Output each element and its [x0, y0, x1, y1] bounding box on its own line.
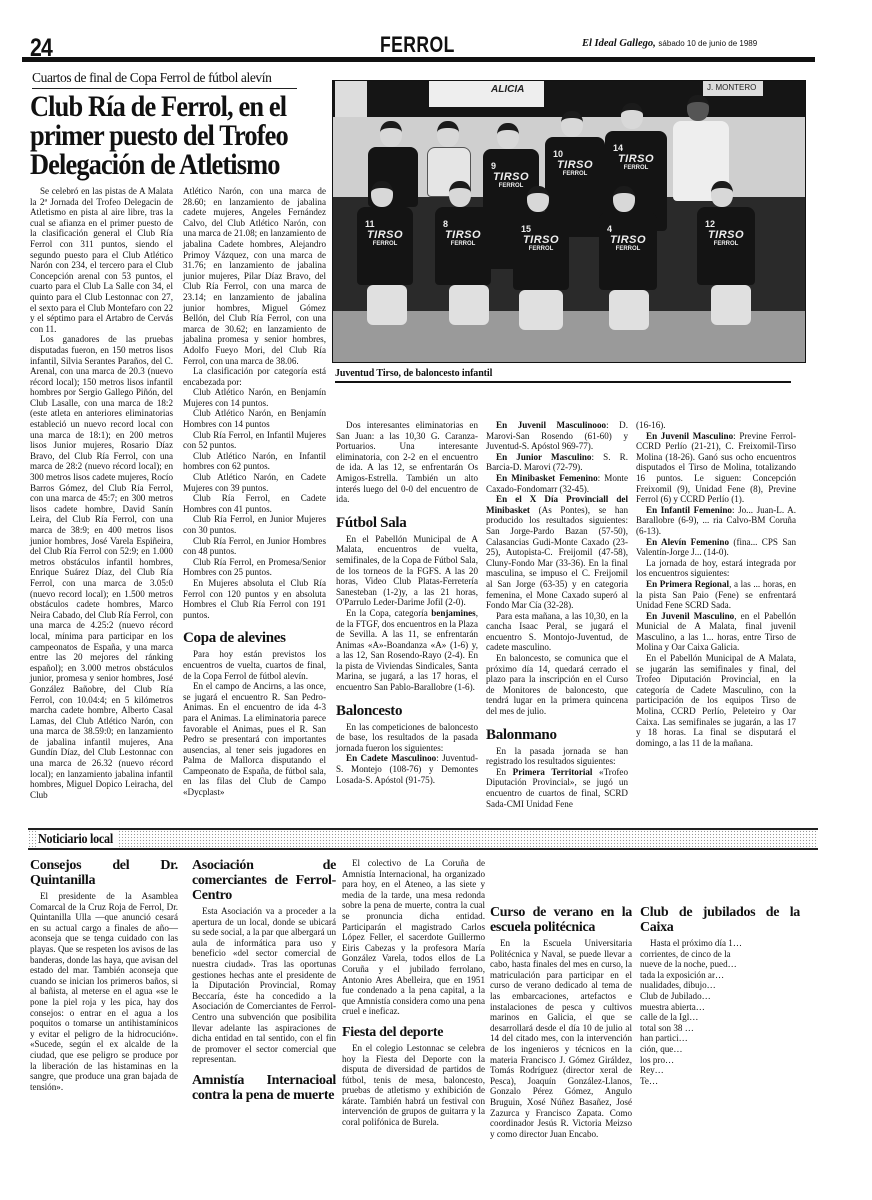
photo-sign-montero: J. MONTERO [703, 81, 763, 96]
sports-column-5: (16-16). En Juvenil Masculino: Previne F… [636, 420, 796, 748]
paper-name: El Ideal Gallego, [582, 38, 656, 49]
article-paragraph: Dos interesantes eliminatorias en San Ju… [336, 420, 478, 505]
article-paragraph: En Primera Territorial «Trofeo Diputació… [486, 767, 628, 809]
article-paragraph: En baloncesto, se comunica que el próxim… [486, 653, 628, 717]
news-line: tada la exposición ar… [640, 970, 800, 981]
news-heading-curso: Curso de verano en la escuela politécnic… [490, 905, 632, 935]
news-body: El colectivo de La Coruña de Amnistía In… [342, 858, 485, 1017]
ranking-item: En Mujeres absoluta el Club Ría Ferrol c… [183, 578, 326, 620]
ranking-item: Club Ría Ferrol, en Junior Mujeres con 3… [183, 514, 326, 535]
article-paragraph: La clasificación por categoría está enca… [183, 366, 326, 387]
news-line: ción, que… [640, 1044, 800, 1055]
news-line: nueve de la noche, pued… [640, 959, 800, 970]
article-paragraph: Los ganadores de las pruebas disputadas … [30, 334, 173, 800]
ranking-item: Club Atlético Narón, en Benjamín Mujeres… [183, 387, 326, 408]
article-paragraph: (16-16). [636, 420, 796, 431]
news-line: los pro… [640, 1055, 800, 1066]
news-body: El presidente de la Asamblea Comarcal de… [30, 891, 178, 1092]
section-title: FERROL [380, 32, 455, 58]
caption-rule [335, 381, 791, 383]
ranking-item: Club Atlético Narón, en Infantil hombres… [183, 451, 326, 472]
article-paragraph: En Infantil Femenino: Jo... Juan-L. A. B… [636, 505, 796, 537]
article-paragraph: En el campo de Ancirns, a las once, se j… [183, 681, 326, 798]
article-paragraph: Se celebró en las pistas de A Malata la … [30, 186, 173, 334]
article-paragraph: En el X Día Provinciall del Minibasket (… [486, 494, 628, 611]
news-column-1: Consejos del Dr. Quintanilla El presiden… [30, 858, 178, 1092]
ranking-item: Club Ría Ferrol, en Infantil Mujeres con… [183, 430, 326, 451]
ranking-item: Club Ría Ferrol, en Cadete Hombres con 4… [183, 493, 326, 514]
article-paragraph: Atlético Narón, con una marca de 28.60; … [183, 186, 326, 366]
news-line: corrientes, de cinco de la [640, 949, 800, 960]
news-heading-asociacion: Asociación de comerciantes de Ferrol-Cen… [192, 858, 336, 903]
news-column-5: Club de jubilados de la Caixa Hasta el p… [640, 905, 800, 1086]
subheading-copa-alevines: Copa de alevines [183, 630, 326, 646]
article-headline: Club Ría de Ferrol, en el primer puesto … [30, 92, 329, 179]
subheading-futbol-sala: Fútbol Sala [336, 515, 478, 531]
news-body: En la Escuela Universitaria Politécnica … [490, 938, 632, 1139]
news-line: total son 38 … [640, 1023, 800, 1034]
article-paragraph: La jornada de hoy, estará integrada por … [636, 558, 796, 579]
news-column-4: Curso de verano en la escuela politécnic… [490, 905, 632, 1139]
news-line: han partici… [640, 1033, 800, 1044]
sports-column-4: En Juvenil Masculinooo: D. Marovi-San Ro… [486, 420, 628, 809]
news-line: Te… [640, 1076, 800, 1087]
section-band-label: Noticiario local [38, 831, 118, 847]
section-band-rule-bottom [28, 848, 818, 850]
article-paragraph: En el Pabellón Municipal de A Malata, se… [636, 653, 796, 748]
article-kicker: Cuartos de final de Copa Ferrol de fútbo… [32, 70, 302, 86]
article-paragraph: En las competiciones de baloncesto de ba… [336, 722, 478, 754]
article-paragraph: En Minibasket Femenino: Monte Caxado-Fon… [486, 473, 628, 494]
paper-info: El Ideal Gallego, sábado 10 de junio de … [582, 38, 757, 49]
ranking-item: Club Ría Ferrol, en Promesa/Senior Hombr… [183, 557, 326, 578]
photo-sign-galicia: ALICIA [429, 81, 544, 107]
ranking-item: Club Ría Ferrol, en Junior Hombres con 4… [183, 536, 326, 557]
news-line: Hasta el próximo día 1… [640, 938, 800, 949]
news-line: Club de Jubilado… [640, 991, 800, 1002]
masthead-rule [22, 57, 815, 62]
article-paragraph: En Juvenil Masculino, en el Pabellón Mun… [636, 611, 796, 653]
article-paragraph: En Primera Regional, a las ... horas, en… [636, 579, 796, 611]
kicker-rule [32, 88, 297, 89]
article-paragraph: Para hoy están previstos los encuentros … [183, 649, 326, 681]
article-paragraph: En Alevín Femenino (fina... CPS San Vale… [636, 537, 796, 558]
photo-caption: Juventud Tirso, de baloncesto infantil [335, 368, 492, 379]
news-column-2: Asociación de comerciantes de Ferrol-Cen… [192, 858, 336, 1106]
news-body: En el colegio Lestonnac se celebra hoy l… [342, 1043, 485, 1128]
section-band-pattern [28, 830, 818, 848]
ranking-item: Club Atlético Narón, en Benjamín Hombres… [183, 408, 326, 429]
subheading-baloncesto: Baloncesto [336, 703, 478, 719]
article-paragraph: En la Copa, categoría benjamines, de la … [336, 608, 478, 693]
news-column-3: El colectivo de La Coruña de Amnistía In… [342, 858, 485, 1128]
news-line: muestra abierta… [640, 1002, 800, 1013]
article-paragraph: En la pasada jornada se han registrado l… [486, 746, 628, 767]
news-body: Esta Asociación va a proceder a la apert… [192, 906, 336, 1065]
paper-date: sábado 10 de junio de 1989 [658, 39, 757, 48]
article-column-1: Se celebró en las pistas de A Malata la … [30, 186, 173, 800]
photo-sign-left [335, 81, 367, 117]
article-paragraph: Para esta mañana, a las 10,30, en la can… [486, 611, 628, 653]
article-column-2: Atlético Narón, con una marca de 28.60; … [183, 186, 326, 798]
article-paragraph: En Cadete Masculinoo: Juventud-S. Montej… [336, 753, 478, 785]
news-line: nualidades, dibujo… [640, 980, 800, 991]
team-photo: ALICIA J. MONTERO 9 TIRSO FERROL 10 TIRS… [332, 80, 806, 363]
ranking-item: Club Atlético Narón, en Cadete Mujeres c… [183, 472, 326, 493]
news-heading-amnistia: Amnistía Internacioal contra la pena de … [192, 1073, 336, 1103]
news-line: calle de la Igl… [640, 1012, 800, 1023]
news-heading-consejos: Consejos del Dr. Quintanilla [30, 858, 178, 888]
sports-column-3: Dos interesantes eliminatorias en San Ju… [336, 420, 478, 785]
article-paragraph: En Junior Masculino: S. R. Barcia-D. Mar… [486, 452, 628, 473]
news-heading-jubilados: Club de jubilados de la Caixa [640, 905, 800, 935]
news-line: Rey… [640, 1065, 800, 1076]
article-paragraph: En Juvenil Masculinooo: D. Marovi-San Ro… [486, 420, 628, 452]
article-paragraph: En Juvenil Masculino: Previne Ferrol-CCR… [636, 431, 796, 505]
news-heading-fiesta: Fiesta del deporte [342, 1025, 485, 1040]
article-paragraph: En el Pabellón Municipal de A Malata, en… [336, 534, 478, 608]
subheading-balonmano: Balonmano [486, 727, 628, 743]
